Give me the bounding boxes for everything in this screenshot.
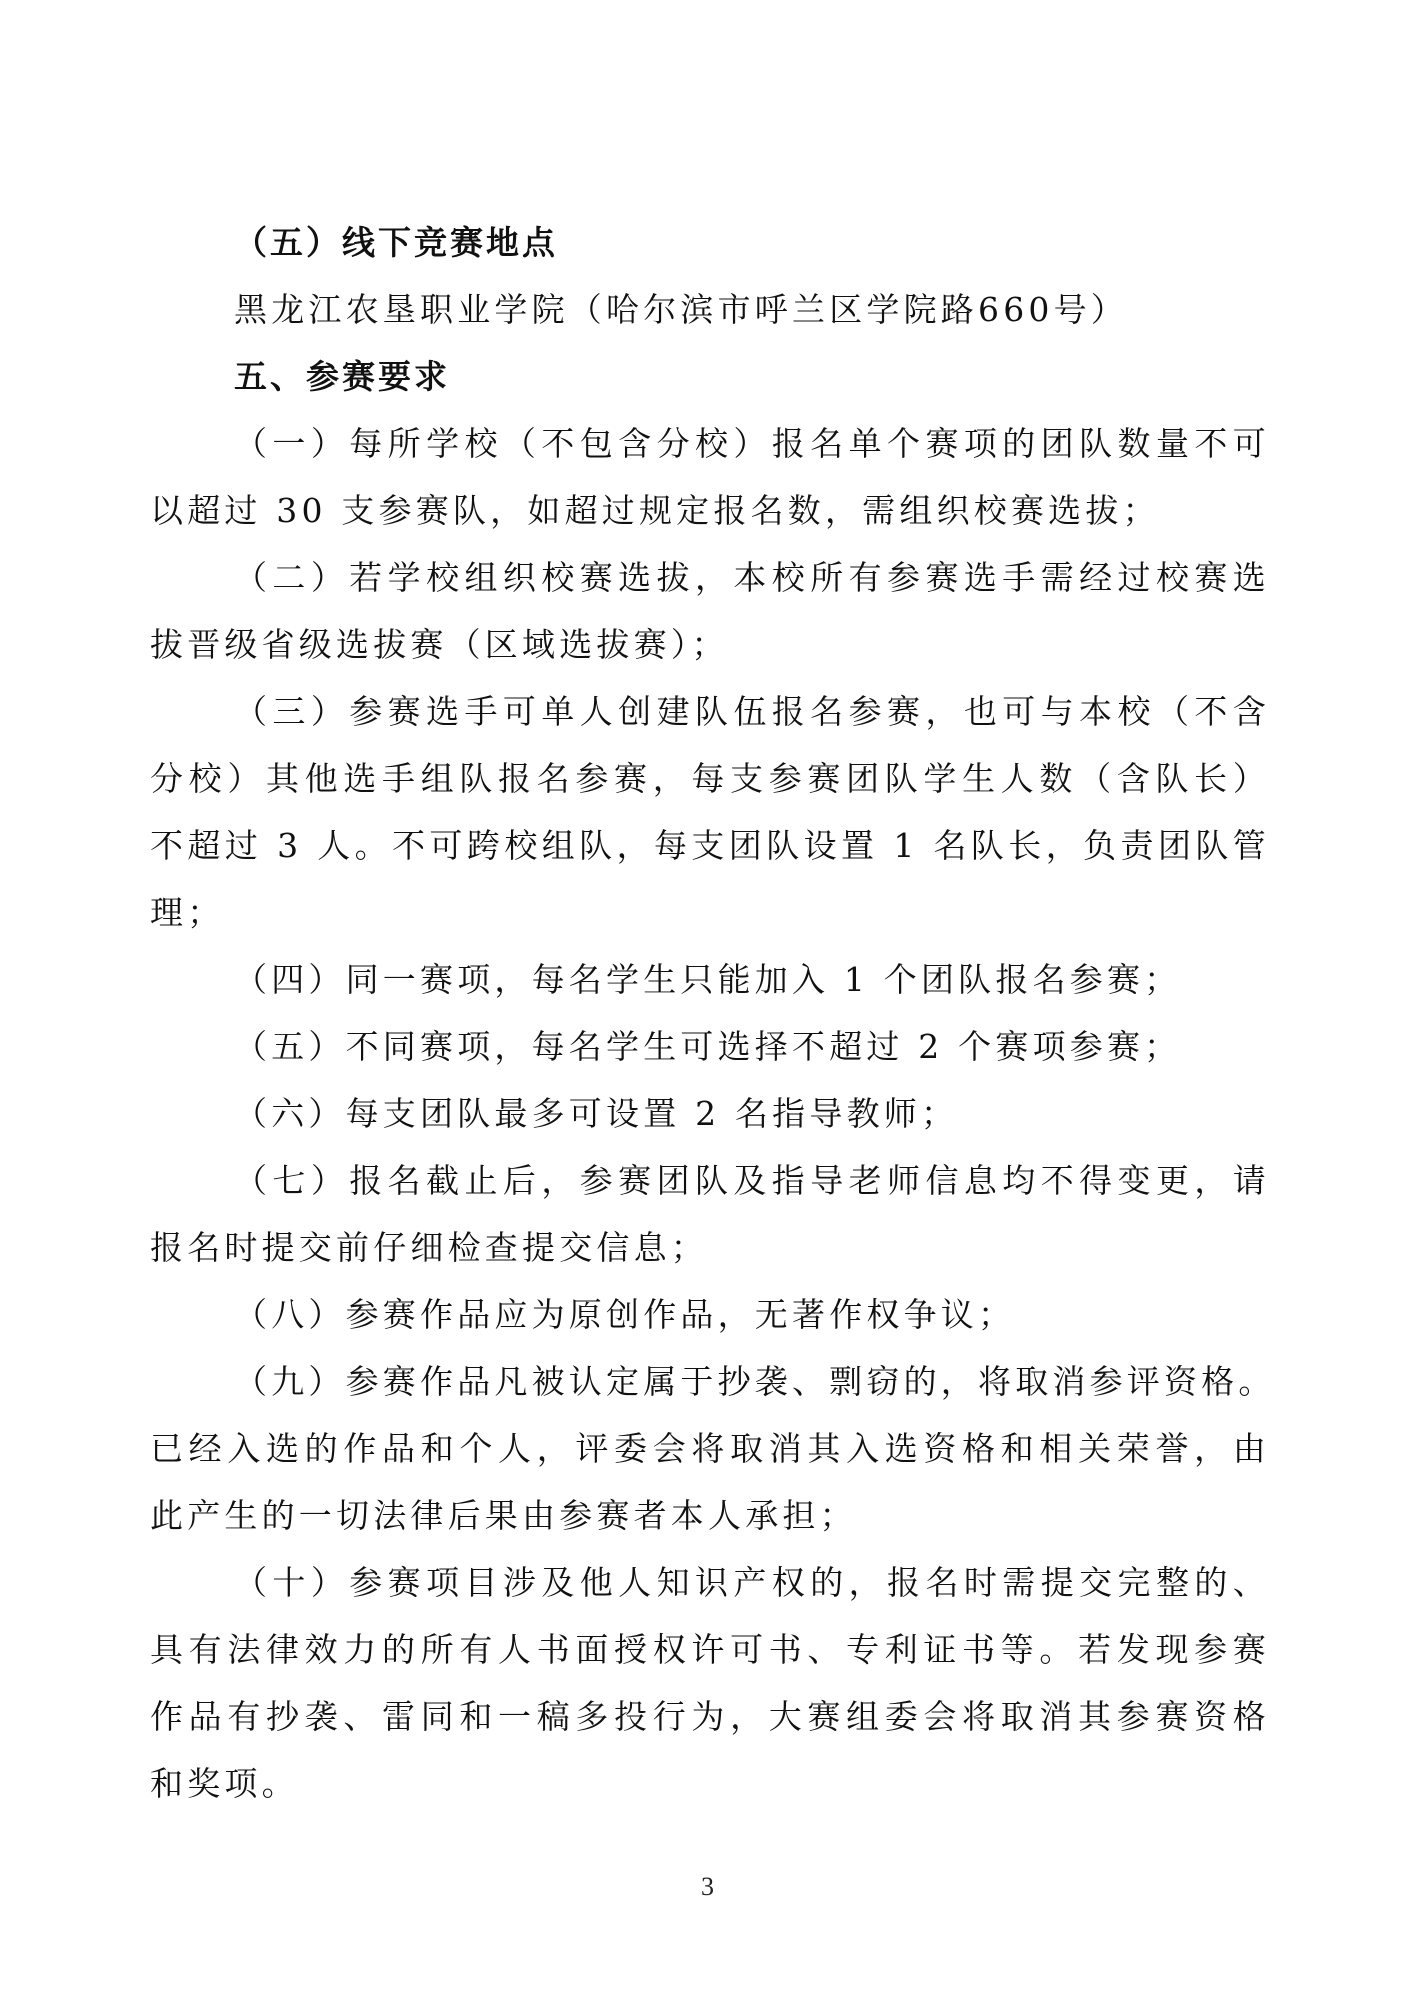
chapter-heading-requirements: 五、参赛要求 <box>234 344 1270 410</box>
page-number: 3 <box>0 1872 1415 1902</box>
requirement-3-line-3: 不超过 3 人。不可跨校组队，每支团队设置 1 名队长，负责团队管 <box>150 813 1270 879</box>
document-page: （五）线下竞赛地点 黑龙江农垦职业学院（哈尔滨市呼兰区学院路660号） 五、参赛… <box>0 0 1415 2000</box>
requirement-2-line-2: 拔晋级省级选拔赛（区域选拔赛）； <box>150 612 1270 678</box>
requirement-3-line-4: 理； <box>150 880 1270 946</box>
requirement-9-line-2: 已经入选的作品和个人，评委会将取消其入选资格和相关荣誉，由 <box>150 1416 1270 1482</box>
requirement-6: （六）每支团队最多可设置 2 名指导教师； <box>234 1081 1270 1147</box>
requirement-1-line-1: （一）每所学校（不包含分校）报名单个赛项的团队数量不可 <box>234 411 1270 477</box>
requirement-1-line-2: 以超过 30 支参赛队，如超过规定报名数，需组织校赛选拔； <box>150 478 1270 544</box>
section-heading-venue: （五）线下竞赛地点 <box>234 210 1270 276</box>
requirement-10-line-2: 具有法律效力的所有人书面授权许可书、专利证书等。若发现参赛 <box>150 1617 1270 1683</box>
requirement-10-line-1: （十）参赛项目涉及他人知识产权的，报名时需提交完整的、 <box>234 1550 1270 1616</box>
requirement-9-line-1: （九）参赛作品凡被认定属于抄袭、剽窃的，将取消参评资格。 <box>234 1349 1270 1415</box>
requirement-3-line-1: （三）参赛选手可单人创建队伍报名参赛，也可与本校（不含 <box>234 679 1270 745</box>
venue-address: 黑龙江农垦职业学院（哈尔滨市呼兰区学院路660号） <box>234 277 1270 343</box>
requirement-10-line-3: 作品有抄袭、雷同和一稿多投行为，大赛组委会将取消其参赛资格 <box>150 1684 1270 1750</box>
requirement-4: （四）同一赛项，每名学生只能加入 1 个团队报名参赛； <box>234 947 1270 1013</box>
requirement-5: （五）不同赛项，每名学生可选择不超过 2 个赛项参赛； <box>234 1014 1270 1080</box>
requirement-2-line-1: （二）若学校组织校赛选拔，本校所有参赛选手需经过校赛选 <box>234 545 1270 611</box>
requirement-10-line-4: 和奖项。 <box>150 1751 1270 1817</box>
requirement-7-line-2: 报名时提交前仔细检查提交信息； <box>150 1215 1270 1281</box>
requirement-3-line-2: 分校）其他选手组队报名参赛，每支参赛团队学生人数（含队长） <box>150 746 1270 812</box>
requirement-9-line-3: 此产生的一切法律后果由参赛者本人承担； <box>150 1483 1270 1549</box>
requirement-8: （八）参赛作品应为原创作品，无著作权争议； <box>234 1282 1270 1348</box>
requirement-7-line-1: （七）报名截止后，参赛团队及指导老师信息均不得变更，请 <box>234 1148 1270 1214</box>
